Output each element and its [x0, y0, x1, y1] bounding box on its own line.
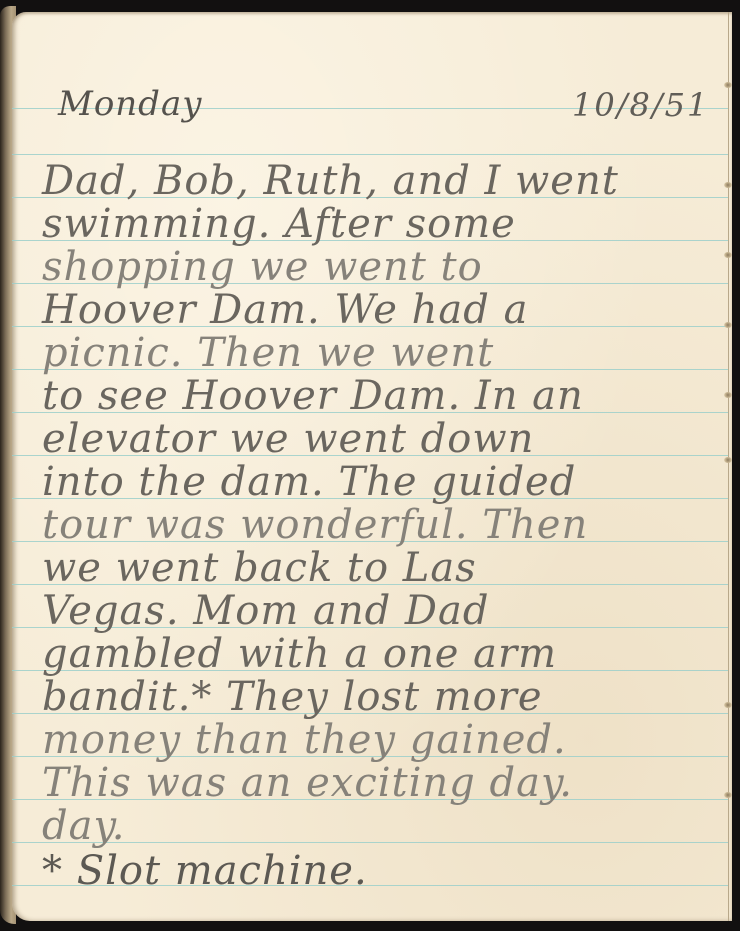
footnote: * Slot machine.	[42, 848, 368, 894]
perforation-hole	[724, 252, 732, 258]
perforation-hole	[724, 792, 732, 798]
entry-line: gambled with a one arm	[42, 633, 557, 675]
entry-line: Vegas. Mom and Dad	[42, 590, 489, 632]
perforation-hole	[724, 702, 732, 708]
entry-line: elevator we went down	[42, 418, 534, 460]
entry-line: shopping we went to	[42, 246, 483, 288]
entry-line: tour was wonderful. Then	[42, 504, 588, 546]
perforation-hole	[724, 322, 732, 328]
perforation-hole	[724, 392, 732, 398]
entry-line: picnic. Then we went	[42, 332, 494, 374]
entry-line: into the dam. The guided	[42, 461, 576, 503]
page-right-edge	[728, 12, 729, 921]
entry-date: 10/8/51	[572, 86, 709, 124]
entry-line: swimming. After some	[42, 203, 516, 245]
entry-line: Hoover Dam. We had a	[42, 289, 528, 331]
entry-line: day.	[42, 805, 125, 847]
perforation-hole	[724, 457, 732, 463]
diary-page: Monday 10/8/51 Dad, Bob, Ruth, and I wen…	[12, 12, 732, 921]
entry-line: we went back to Las	[42, 547, 477, 589]
scanned-page: Monday 10/8/51 Dad, Bob, Ruth, and I wen…	[0, 0, 740, 931]
entry-day: Monday	[58, 84, 202, 124]
entry-line: This was an exciting day.	[42, 762, 573, 804]
entry-line: bandit.* They lost more	[42, 676, 543, 718]
entry-line: Dad, Bob, Ruth, and I went	[42, 160, 619, 202]
perforation-hole	[724, 82, 732, 88]
entry-line: money than they gained.	[42, 719, 567, 761]
ruled-line	[12, 154, 728, 155]
perforation-hole	[724, 182, 732, 188]
entry-line: to see Hoover Dam. In an	[42, 375, 584, 417]
